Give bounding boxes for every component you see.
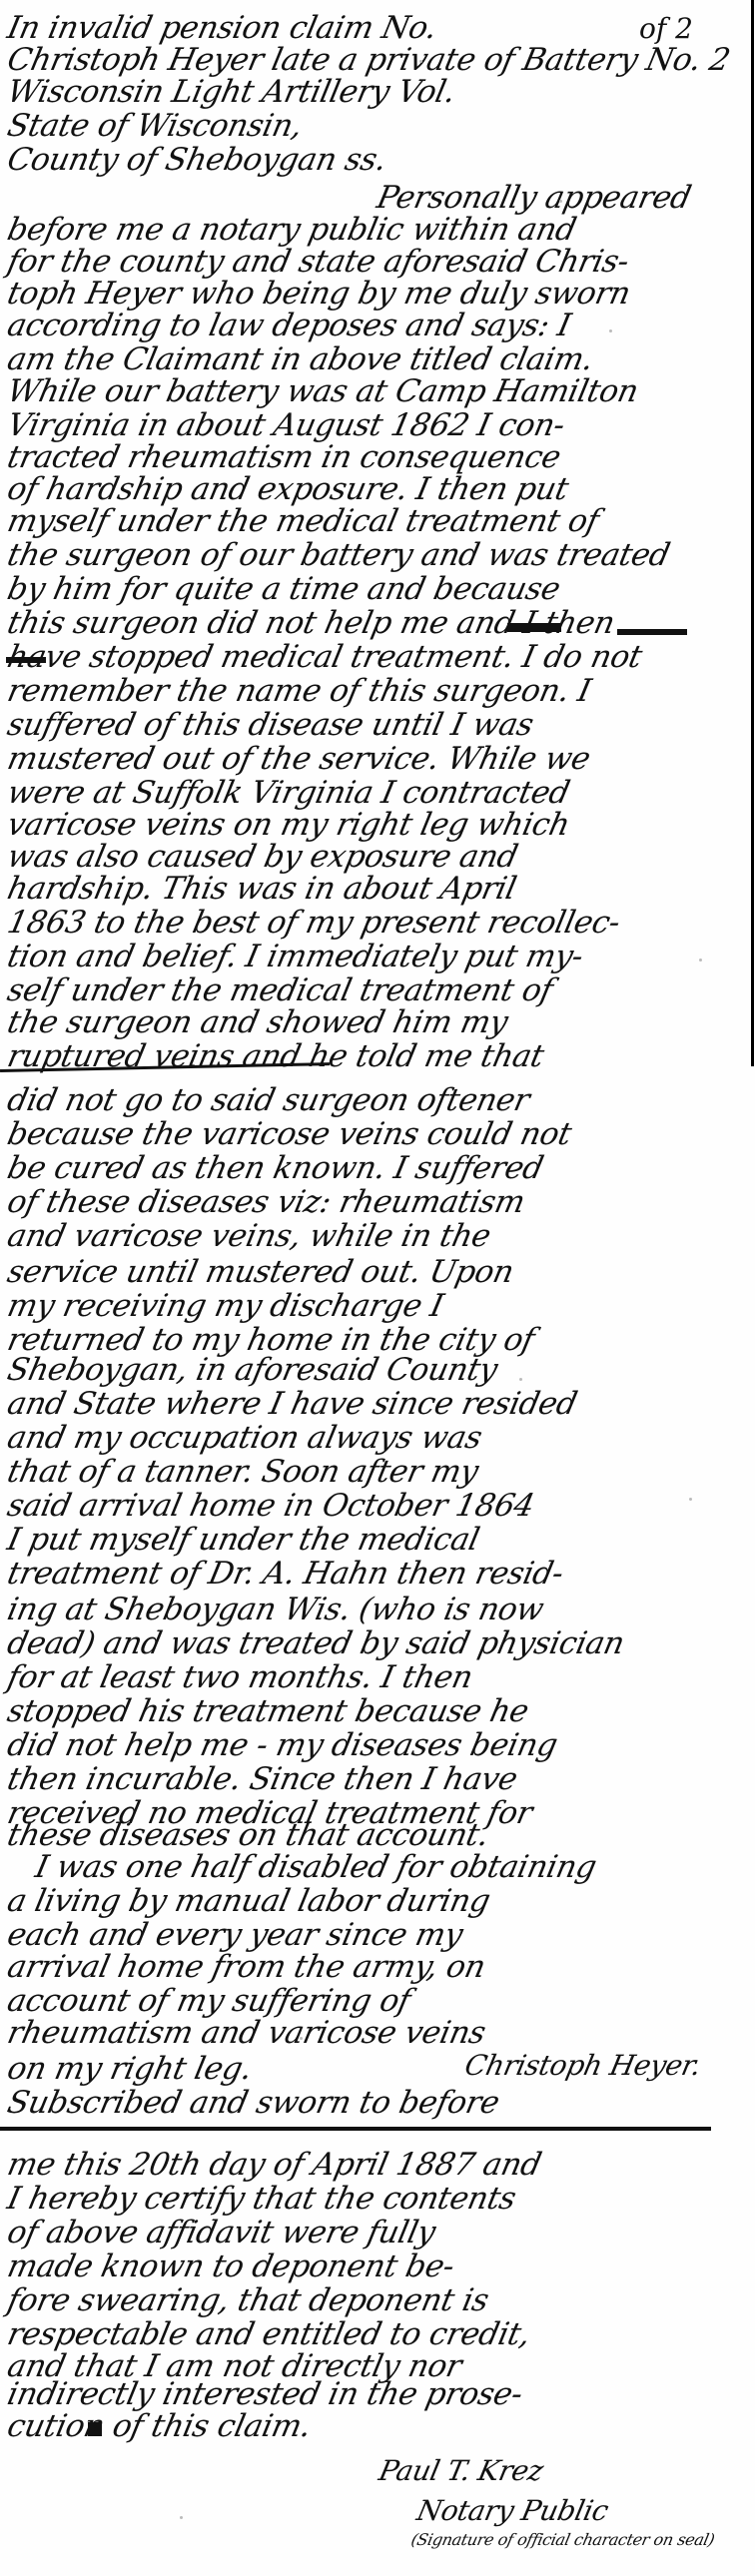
body-line: 1863 to the best of my present recollec- (4, 905, 623, 941)
body-line: did not go to said surgeon oftener (4, 1082, 532, 1118)
body-line: and my occupation always was (4, 1420, 485, 1456)
body-line: arrival home from the army, on (4, 1949, 488, 1985)
body-line: varicose veins on my right leg which (4, 807, 572, 843)
ink-strikeout (507, 623, 561, 632)
body-line: mustered out of the service. While we (4, 741, 593, 777)
heading-line: Christoph Heyer late a private of Batter… (4, 42, 733, 78)
ink-blot (88, 2422, 102, 2436)
body-line: am the Claimant in above titled claim. (4, 341, 596, 377)
body-line: for the county and state aforesaid Chris… (4, 244, 632, 280)
body-line: While our battery was at Camp Hamilton (4, 373, 641, 409)
scan-speck (419, 60, 422, 63)
ink-strikeout (6, 657, 46, 663)
scan-speck (689, 1498, 692, 1501)
body-line: that of a tanner. Soon after my (4, 1454, 481, 1490)
body-line: then incurable. Since then I have (4, 1761, 520, 1797)
body-line: did not help me - my diseases being (4, 1727, 560, 1763)
body-line: suffered of this disease until I was (4, 707, 536, 743)
body-line: be cured as then known. I suffered (4, 1150, 546, 1186)
body-line: ing at Sheboygan Wis. (who is now (4, 1592, 546, 1627)
scan-speck (519, 1378, 522, 1381)
body-line: because the varicose veins could not (4, 1116, 574, 1152)
body-line: was also caused by exposure and (4, 839, 520, 875)
body-line: remember the name of this surgeon. I (4, 673, 594, 709)
section-divider (0, 2127, 711, 2131)
body-line: self under the medical treatment of (4, 972, 555, 1008)
body-line: the surgeon of our battery and was treat… (4, 537, 673, 573)
certificate-line: fore swearing, that deponent is (4, 2282, 491, 2318)
body-line: according to law deposes and says: I (4, 308, 573, 343)
body-line: have stopped medical treatment. I do not (4, 639, 645, 675)
body-line: dead) and was treated by said physician (4, 1625, 627, 1661)
body-line: account of my suffering of (4, 1983, 413, 2019)
certificate-line: I hereby certify that the contents (4, 2181, 519, 2217)
body-line: and varicose veins, while in the (4, 1218, 493, 1254)
body-line: toph Heyer who being by me duly sworn (4, 276, 633, 312)
body-line: Virginia in about August 1862 I con- (4, 407, 568, 443)
body-line: before me a notary public within and (4, 212, 579, 248)
notary-note: (Signature of official character on seal… (409, 2530, 716, 2549)
heading-line: In invalid pension claim No. (4, 10, 439, 46)
venue-state: State of Wisconsin, (4, 108, 306, 144)
body-line: by him for quite a time and because (4, 571, 563, 607)
body-line: the surgeon and showed him my (4, 1004, 510, 1040)
scan-speck (609, 329, 612, 332)
body-line: myself under the medical treatment of (4, 503, 602, 539)
body-line: Sheboygan, in aforesaid County (4, 1352, 500, 1388)
venue-county: County of Sheboygan ss. (4, 142, 389, 178)
body-line: said arrival home in October 1864 (4, 1488, 537, 1524)
body-line: tracted rheumatism in consequence (4, 439, 563, 475)
body-line: my receiving my discharge I (4, 1288, 446, 1324)
body-line: of these diseases viz: rheumatism (4, 1184, 528, 1220)
body-line: tion and belief. I immediately put my- (4, 939, 586, 974)
body-line: of hardship and exposure. I then put (4, 471, 571, 507)
body-line: and State where I have since resided (4, 1386, 580, 1422)
body-line: treatment of Dr. A. Hahn then resid- (4, 1556, 566, 1592)
body-line: rheumatism and varicose veins (4, 2015, 488, 2051)
right-edge-rule (751, 0, 754, 1066)
document-page: of 2 In invalid pension claim No. Christ… (0, 0, 755, 2576)
ink-strikeout (617, 629, 687, 635)
scan-speck (180, 2516, 183, 2519)
body-line: for at least two months. I then (4, 1659, 475, 1695)
certificate-line: respectable and entitled to credit, (4, 2316, 533, 2352)
body-line: service until mustered out. Upon (4, 1254, 516, 1290)
certificate-line: made known to deponent be- (4, 2249, 457, 2284)
heading-line: Wisconsin Light Artillery Vol. (4, 74, 458, 110)
jurat-line: Subscribed and sworn to before (4, 2085, 502, 2121)
notary-title: Notary Public (413, 2494, 611, 2527)
scan-speck (699, 959, 702, 962)
body-line: Personally appeared (374, 180, 694, 216)
body-line: stopped his treatment because he (4, 1693, 531, 1729)
certificate-line: of above affidavit were fully (4, 2215, 438, 2251)
certificate-line: cution of this claim. (4, 2408, 314, 2444)
body-line: each and every year since my (4, 1917, 465, 1953)
body-line: a living by manual labor during (4, 1883, 493, 1919)
notary-signature: Paul T. Krez (376, 2454, 545, 2487)
body-line: hardship. This was in about April (4, 871, 519, 907)
body-line: I was one half disabled for obtaining (32, 1849, 599, 1885)
scan-speck (559, 200, 562, 203)
body-line: these diseases on that account. (4, 1817, 491, 1853)
body-line: I put myself under the medical (4, 1522, 482, 1558)
certificate-line: indirectly interested in the prose- (4, 2376, 525, 2412)
certificate-line: me this 20th day of April 1887 and (4, 2147, 544, 2183)
body-line: on my right leg. (4, 2051, 255, 2087)
claimant-signature: Christoph Heyer. (461, 2049, 703, 2082)
page-mark: of 2 (639, 12, 693, 45)
body-line: were at Suffolk Virginia I contracted (4, 775, 572, 811)
scan-speck (300, 2037, 303, 2040)
